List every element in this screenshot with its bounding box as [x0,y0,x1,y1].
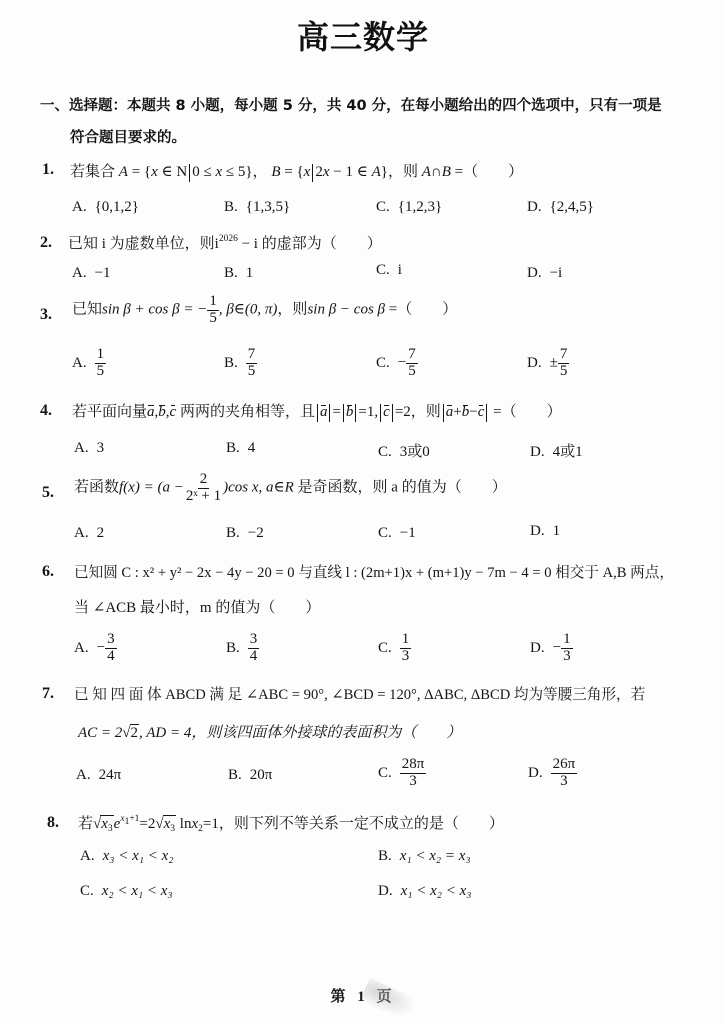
question-number: 3. [40,306,52,324]
question-number: 7. [42,685,54,703]
question-8-stem: 若√x3ex1+1=2√x3 lnx2=1，则下列不等关系一定不成立的是（ ） [78,812,504,834]
question-number: 4. [40,402,52,420]
option-a[interactable]: A.24π [76,767,121,784]
option-c[interactable]: C.−1 [378,525,416,542]
question-number: 5. [42,484,54,502]
option-b[interactable]: B.4 [226,440,255,457]
set-a-definition: A [119,164,128,180]
option-c[interactable]: C.i [376,262,402,279]
option-d[interactable]: D.{2,4,5} [527,199,594,216]
question-5-stem: 若函数f(x) = (a −22ˣ + 1)cos x, a∈R 是奇函数，则 … [74,472,507,505]
page-title: 高三数学 [0,12,726,58]
option-a[interactable]: A.x₃ < x₁ < x₂ [80,848,173,865]
option-b[interactable]: B.1 [224,265,253,282]
question-number: 1. [42,161,54,179]
option-a[interactable]: A.{0,1,2} [72,199,139,216]
section-heading: 一、选择题：本题共 8 小题，每小题 5 分，共 40 分，在每小题给出的四个选… [40,94,662,115]
question-4-stem: 若平面向量a,b,c 两两的夹角相等，且a=b=1,c=2，则a+b−c =（ … [72,400,562,422]
question-6-stem-line2: 当 ∠ACB 最小时，m 的值为（ ） [74,596,320,617]
question-1-stem: 若集合 A = {x ∈ N0 ≤ x ≤ 5}， B = {x2x − 1 ∈… [70,160,523,182]
exam-page: 高三数学 一、选择题：本题共 8 小题，每小题 5 分，共 40 分，在每小题给… [0,0,726,1025]
question-number: 2. [40,234,52,252]
option-a[interactable]: A.2 [74,525,104,542]
set-b-definition: B [271,164,280,180]
option-d[interactable]: D.1 [530,523,560,540]
option-a[interactable]: A.15 [72,347,106,380]
option-c[interactable]: C.28π3 [378,757,426,790]
option-b[interactable]: B.{1,3,5} [224,199,290,216]
question-7-stem-line2: AC = 2√2, AD = 4，则该四面体外接球的表面积为（ ） [78,721,461,742]
option-b[interactable]: B.−2 [226,525,264,542]
option-b[interactable]: B.20π [228,767,272,784]
option-d[interactable]: D.x₁ < x₂ < x₃ [378,883,471,900]
option-c[interactable]: C.x₂ < x₁ < x₃ [80,883,173,900]
option-b[interactable]: B.x₁ < x₂ = x₃ [378,848,471,865]
option-d[interactable]: D.26π3 [528,757,577,790]
option-c[interactable]: C.{1,2,3} [376,199,442,216]
option-d[interactable]: D.4或1 [530,440,583,461]
option-c[interactable]: C.3或0 [378,440,430,461]
option-a[interactable]: A.−1 [72,265,111,282]
question-7-stem-line1: 已 知 四 面 体 ABCD 满 足 ∠ABC = 90°, ∠BCD = 12… [74,683,645,704]
option-d[interactable]: D.−13 [530,632,573,665]
question-number: 8. [47,814,59,832]
option-c[interactable]: C.−75 [376,347,418,380]
question-6-stem-line1: 已知圆 C : x² + y² − 2x − 4y − 20 = 0 与直线 l… [74,561,674,582]
question-2-stem: 已知 i 为虚数单位，则i2026 − i 的虚部为（ ） [68,232,382,253]
option-a[interactable]: A.−34 [74,632,117,665]
option-b[interactable]: B.75 [224,347,257,380]
option-a[interactable]: A.3 [74,440,104,457]
question-3-stem: 已知sin β + cos β = −15, β∈(0, π)，则sin β −… [72,294,457,327]
section-heading-cont: 符合题目要求的。 [70,126,186,147]
question-number: 6. [42,563,54,581]
option-d[interactable]: D.−i [527,265,562,282]
option-d[interactable]: D.±75 [527,347,569,380]
option-b[interactable]: B.34 [226,632,259,665]
option-c[interactable]: C.13 [378,632,411,665]
